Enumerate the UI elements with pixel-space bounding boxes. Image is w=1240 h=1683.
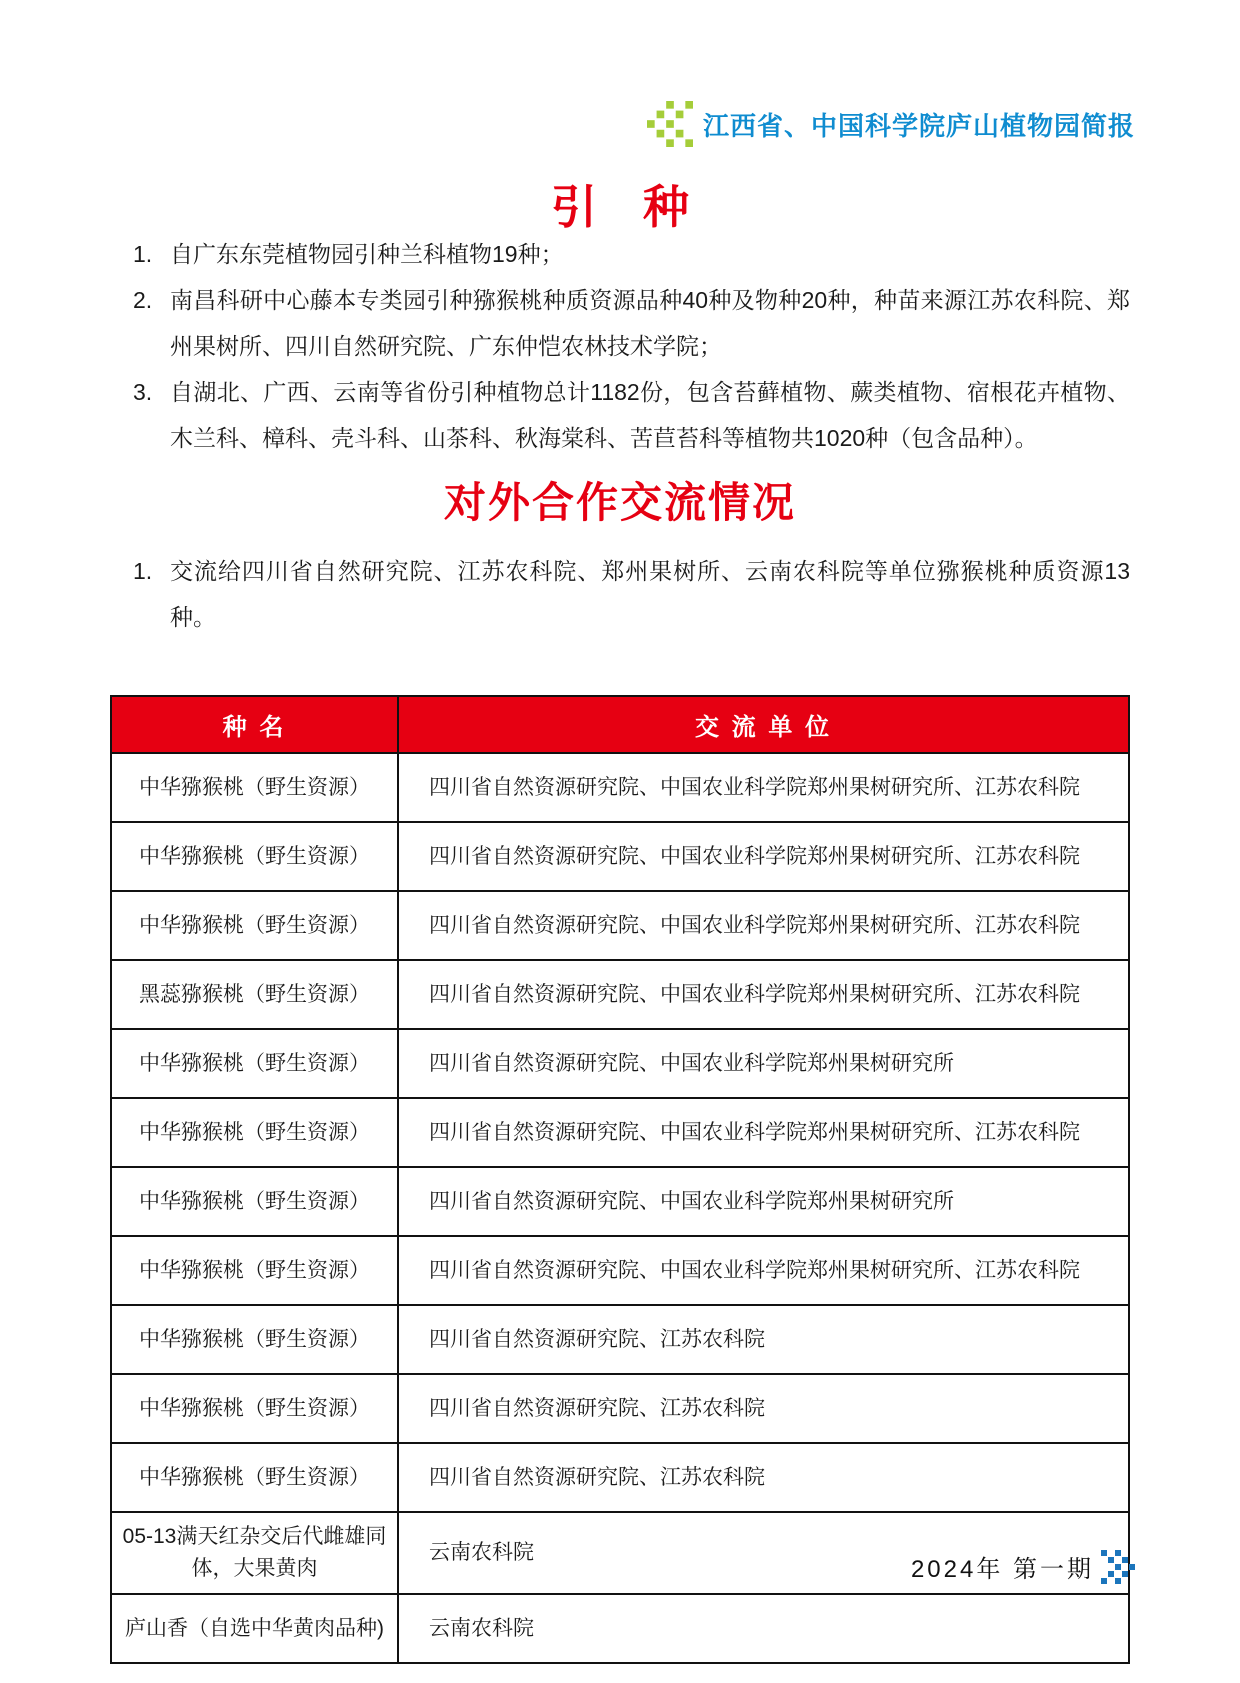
table-row: 黑蕊猕猴桃（野生资源）四川省自然资源研究院、中国农业科学院郑州果树研究所、江苏农… [111,960,1129,1029]
table-row: 中华猕猴桃（野生资源）四川省自然资源研究院、江苏农科院 [111,1374,1129,1443]
list-item-text: 自广东东莞植物园引种兰科植物19种； [170,231,1130,277]
table-row: 中华猕猴桃（野生资源）四川省自然资源研究院、江苏农科院 [111,1305,1129,1374]
table-row: 中华猕猴桃（野生资源）四川省自然资源研究院、中国农业科学院郑州果树研究所、江苏农… [111,891,1129,960]
species-cell: 黑蕊猕猴桃（野生资源） [111,960,398,1029]
table-row: 中华猕猴桃（野生资源）四川省自然资源研究院、中国农业科学院郑州果树研究所、江苏农… [111,822,1129,891]
list-item: 1.自广东东莞植物园引种兰科植物19种； [110,231,1130,277]
section-title-cooperation: 对外合作交流情况 [110,478,1130,528]
species-cell: 庐山香（自选中华黄肉品种) [111,1594,398,1663]
page-footer: 2024年 第一期 [911,1549,1135,1584]
pixel-logo-icon [646,101,694,147]
cooperation-list: 1.交流给四川省自然研究院、江苏农科院、郑州果树所、云南农科院等单位猕猴桃种质资… [110,548,1130,640]
unit-cell: 四川省自然资源研究院、中国农业科学院郑州果树研究所 [398,1167,1129,1236]
species-column-header: 种 名 [111,696,398,753]
list-item-number: 3. [133,369,170,461]
list-item: 1.交流给四川省自然研究院、江苏农科院、郑州果树所、云南农科院等单位猕猴桃种质资… [110,548,1130,640]
double-chevron-right-icon [1101,1550,1135,1584]
unit-cell: 四川省自然资源研究院、江苏农科院 [398,1374,1129,1443]
list-item-text: 交流给四川省自然研究院、江苏农科院、郑州果树所、云南农科院等单位猕猴桃种质资源1… [170,548,1130,640]
unit-cell: 四川省自然资源研究院、中国农业科学院郑州果树研究所、江苏农科院 [398,1098,1129,1167]
list-item-number: 1. [133,231,170,277]
species-cell: 中华猕猴桃（野生资源） [111,1236,398,1305]
unit-cell: 四川省自然资源研究院、中国农业科学院郑州果树研究所、江苏农科院 [398,753,1129,822]
table-row: 中华猕猴桃（野生资源）四川省自然资源研究院、江苏农科院 [111,1443,1129,1512]
table-row: 中华猕猴桃（野生资源）四川省自然资源研究院、中国农业科学院郑州果树研究所、江苏农… [111,1098,1129,1167]
table-header-row: 种 名 交 流 单 位 [111,696,1129,753]
unit-cell: 四川省自然资源研究院、中国农业科学院郑州果树研究所 [398,1029,1129,1098]
table-row: 中华猕猴桃（野生资源）四川省自然资源研究院、中国农业科学院郑州果树研究所 [111,1029,1129,1098]
masthead: 江西省、中国科学院庐山植物园简报 [646,101,1135,147]
list-item-text: 自湖北、广西、云南等省份引种植物总计1182份，包含苔藓植物、蕨类植物、宿根花卉… [170,369,1130,461]
species-cell: 中华猕猴桃（野生资源） [111,822,398,891]
masthead-title: 江西省、中国科学院庐山植物园简报 [703,106,1135,143]
unit-cell: 云南农科院 [398,1594,1129,1663]
list-item: 2.南昌科研中心藤本专类园引种猕猴桃种质资源品种40种及物种20种，种苗来源江苏… [110,277,1130,369]
unit-column-header: 交 流 单 位 [398,696,1129,753]
list-item-number: 2. [133,277,170,369]
section-title-introduction: 引 种 [110,180,1130,235]
species-cell: 05-13满天红杂交后代雌雄同体，大果黄肉 [111,1512,398,1594]
table-row: 中华猕猴桃（野生资源）四川省自然资源研究院、中国农业科学院郑州果树研究所 [111,1167,1129,1236]
bulletin-page: { "colors": { "brand_red": "#e60012", "m… [0,0,1240,1683]
species-cell: 中华猕猴桃（野生资源） [111,753,398,822]
unit-cell: 四川省自然资源研究院、江苏农科院 [398,1305,1129,1374]
species-cell: 中华猕猴桃（野生资源） [111,1305,398,1374]
table-row: 中华猕猴桃（野生资源）四川省自然资源研究院、中国农业科学院郑州果树研究所、江苏农… [111,1236,1129,1305]
unit-cell: 四川省自然资源研究院、中国农业科学院郑州果树研究所、江苏农科院 [398,960,1129,1029]
list-item-text: 南昌科研中心藤本专类园引种猕猴桃种质资源品种40种及物种20种，种苗来源江苏农科… [170,277,1130,369]
unit-cell: 四川省自然资源研究院、江苏农科院 [398,1443,1129,1512]
species-cell: 中华猕猴桃（野生资源） [111,1098,398,1167]
species-cell: 中华猕猴桃（野生资源） [111,1374,398,1443]
species-cell: 中华猕猴桃（野生资源） [111,1443,398,1512]
unit-cell: 四川省自然资源研究院、中国农业科学院郑州果树研究所、江苏农科院 [398,1236,1129,1305]
list-item-number: 1. [133,548,170,640]
species-cell: 中华猕猴桃（野生资源） [111,1167,398,1236]
species-cell: 中华猕猴桃（野生资源） [111,1029,398,1098]
table-row: 中华猕猴桃（野生资源）四川省自然资源研究院、中国农业科学院郑州果树研究所、江苏农… [111,753,1129,822]
table-row: 庐山香（自选中华黄肉品种)云南农科院 [111,1594,1129,1663]
introduction-list: 1.自广东东莞植物园引种兰科植物19种；2.南昌科研中心藤本专类园引种猕猴桃种质… [110,231,1130,461]
issue-label: 2024年 第一期 [911,1549,1094,1584]
list-item: 3.自湖北、广西、云南等省份引种植物总计1182份，包含苔藓植物、蕨类植物、宿根… [110,369,1130,461]
species-cell: 中华猕猴桃（野生资源） [111,891,398,960]
unit-cell: 四川省自然资源研究院、中国农业科学院郑州果树研究所、江苏农科院 [398,822,1129,891]
unit-cell: 四川省自然资源研究院、中国农业科学院郑州果树研究所、江苏农科院 [398,891,1129,960]
exchange-table: 种 名 交 流 单 位 中华猕猴桃（野生资源）四川省自然资源研究院、中国农业科学… [110,695,1130,1664]
